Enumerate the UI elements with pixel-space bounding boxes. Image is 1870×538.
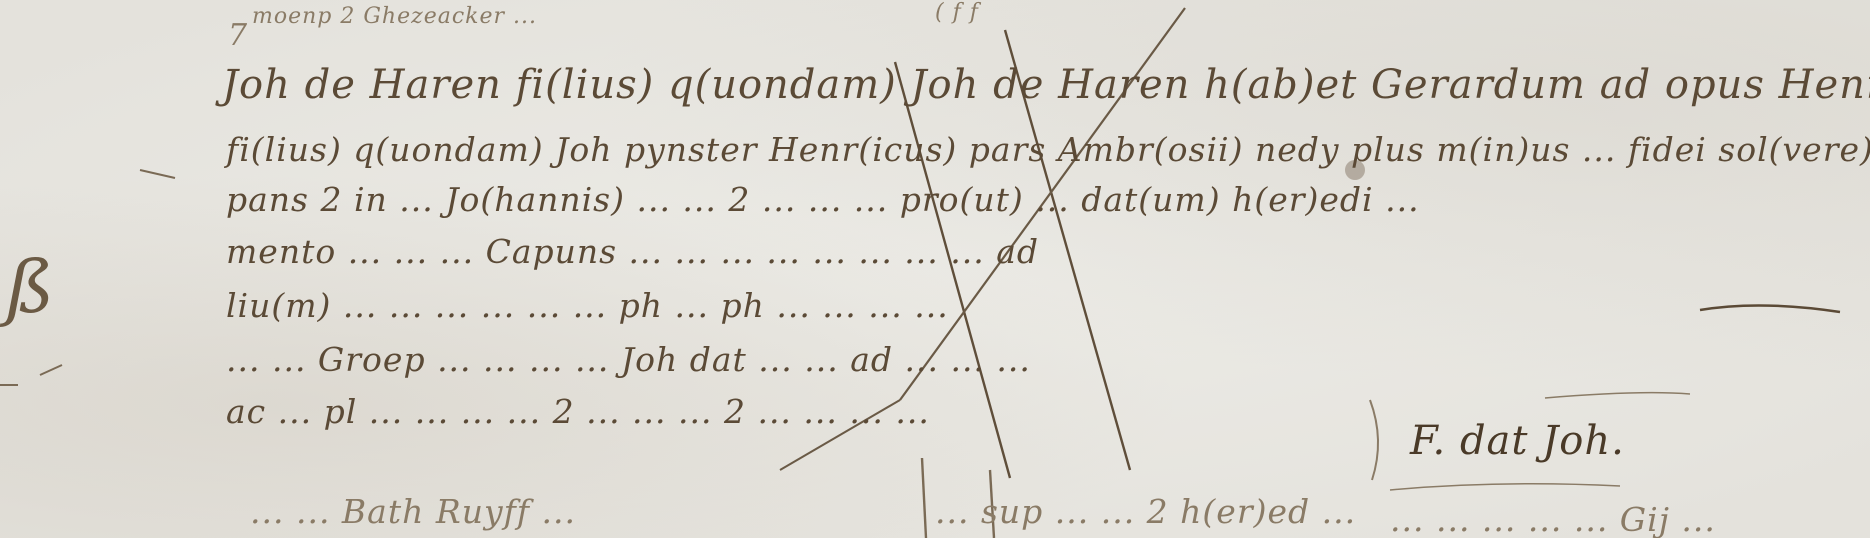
manuscript-line-3: pans 2 in ... Jo(hannis) ... ... 2 ... .…: [226, 180, 1420, 219]
manuscript-line-5: liu(m) ... ... ... ... ... ... ph ... ph…: [226, 286, 949, 325]
bottom-fragment-left: ... ... Bath Ruyff ...: [250, 492, 576, 531]
bottom-fragment-center: ... sup ... ... 2 h(er)ed ...: [935, 492, 1356, 531]
top-fragment-mark: 7: [228, 18, 248, 53]
margin-mark: ß: [6, 245, 54, 329]
top-right-fragment: ( f f: [935, 0, 979, 25]
manuscript-line-4: mento ... ... ... Capuns ... ... ... ...…: [226, 232, 1039, 271]
signoff: F. dat Joh.: [1410, 418, 1625, 464]
top-fragment-text: moenp 2 Ghezeacker ...: [252, 4, 537, 29]
manuscript-line-7: ac ... pl ... ... ... ... 2 ... ... ... …: [226, 392, 930, 431]
manuscript-page: ß 7 moenp 2 Ghezeacker ... ( f f Joh de …: [0, 0, 1870, 538]
bottom-fragment-right: ... ... ... ... ... Gij ...: [1390, 500, 1716, 538]
manuscript-line-1: Joh de Haren fi(lius) q(uondam) Joh de H…: [222, 62, 1870, 108]
manuscript-line-6: ... ... Groep ... ... ... ... Joh dat ..…: [226, 340, 1031, 379]
manuscript-line-2: fi(lius) q(uondam) Joh pynster Henr(icus…: [226, 130, 1870, 169]
